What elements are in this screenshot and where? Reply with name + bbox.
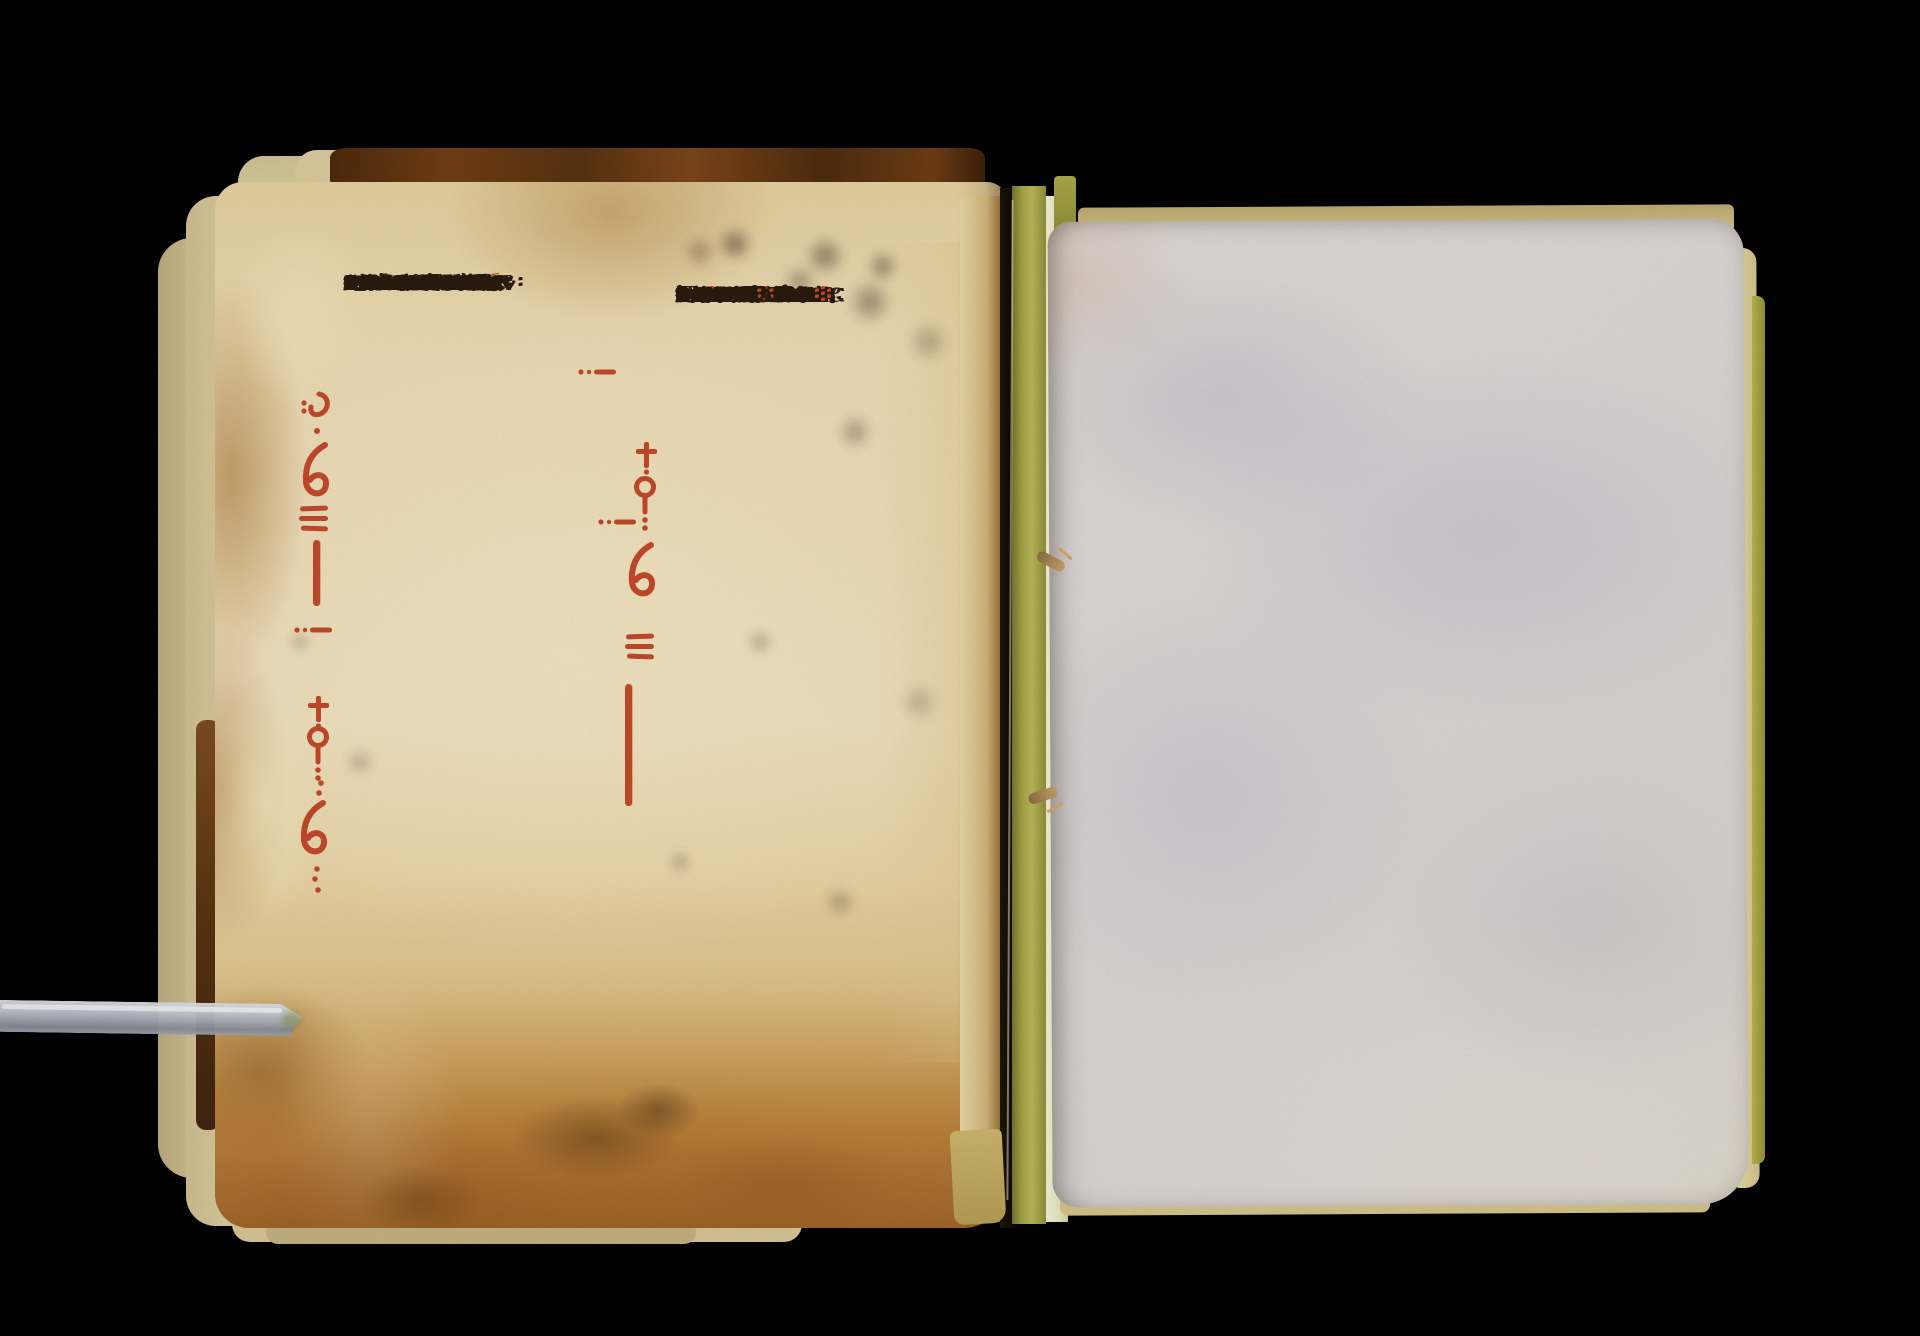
left-manuscript-page: ብሔር፡በእንቲአኔ፡አካህናት፡ሰማያዊያን፡ብርሃናዊያን፡ለው፡ይስረዩ፡…: [215, 182, 1007, 1228]
red-vertical-bar-marker: [625, 684, 665, 806]
olive-page-edge: [1012, 186, 1046, 1224]
right-olive-cover-edge: [1752, 296, 1765, 1164]
manuscript-photo-scene: ብሔር፡በእንቲአኔ፡አካህናት፡ሰማያዊያን፡ብርሃናዊያን፡ለው፡ይስረዩ፡…: [0, 0, 1920, 1336]
gutter-bottom-page-flap: [950, 1129, 1007, 1226]
blank-tissue-interleaf-page: [1047, 218, 1748, 1208]
plastic-strip-tip-smear: [282, 1012, 302, 1028]
bottom-stain: [215, 882, 1007, 1228]
